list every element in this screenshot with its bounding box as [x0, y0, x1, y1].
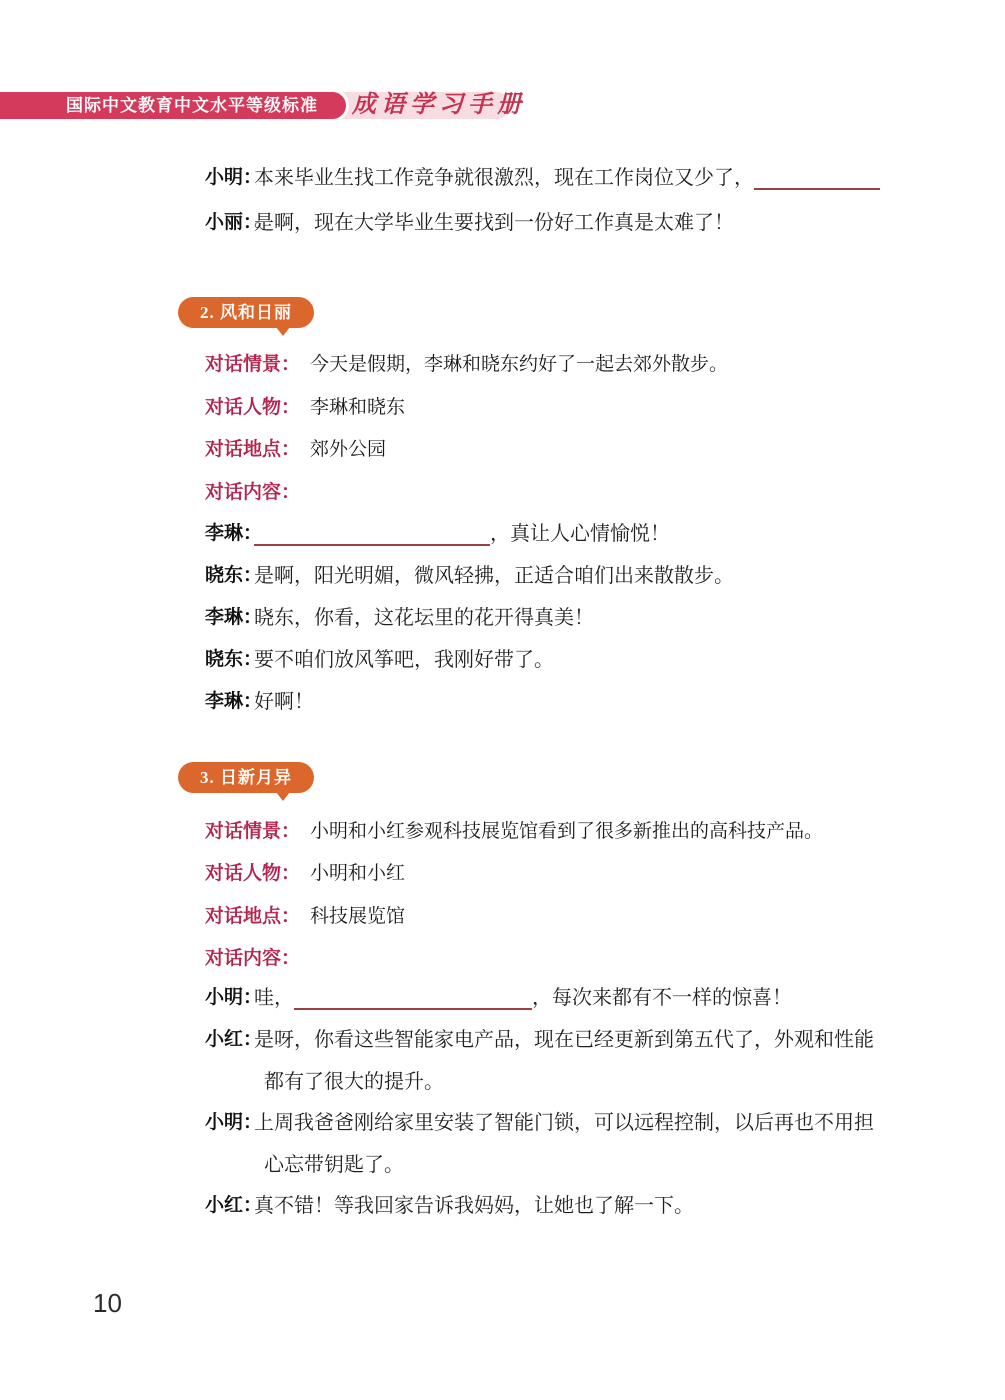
book-title: 成语学习手册	[352, 88, 526, 122]
textbook-page: 国际中文教育中文水平等级标准 成语学习手册 小明： 本来毕业生找工作竞争就很激烈…	[0, 0, 1005, 1400]
meta-value: 小明和小红参观科技展览馆看到了很多新推出的高科技产品。	[310, 811, 895, 853]
dialog-line: 小红： 真不错！等我回家告诉我妈妈，让她也了解一下。	[205, 1185, 895, 1227]
meta-row-content: 对话内容：	[205, 938, 895, 980]
meta-label: 对话情景：	[205, 344, 300, 386]
meta-label: 对话内容：	[205, 938, 300, 980]
meta-row-scene: 对话情景： 今天是假期，李琳和晓东约好了一起去郊外散步。	[205, 344, 895, 386]
dialog-text-line1: 上周我爸爸刚给家里安装了智能门锁，可以远程控制，以后再也不用担	[254, 1102, 895, 1144]
meta-row-place: 对话地点： 科技展览馆	[205, 896, 895, 938]
header-band-label: 国际中文教育中文水平等级标准	[66, 96, 318, 115]
page-number: 10	[93, 1288, 122, 1319]
dialog-line: 李琳： 好啊！	[205, 681, 895, 723]
speaker-name: 小红：	[205, 1185, 254, 1227]
section-badge: 3. 日新月异	[178, 762, 314, 793]
dialog-text-line2: 心忘带钥匙了。	[264, 1144, 895, 1186]
meta-label: 对话地点：	[205, 896, 300, 938]
dialog-text: 好啊！	[254, 681, 895, 723]
speaker-name: 李琳：	[205, 597, 254, 639]
dialog-text: 上周我爸爸刚给家里安装了智能门锁，可以远程控制，以后再也不用担 心忘带钥匙了。	[254, 1102, 895, 1186]
meta-row-people: 对话人物： 李琳和晓东	[205, 387, 895, 429]
meta-label: 对话内容：	[205, 472, 300, 514]
meta-row-content: 对话内容：	[205, 472, 895, 514]
meta-value: 今天是假期，李琳和晓东约好了一起去郊外散步。	[310, 344, 895, 386]
dialog-line: 小明： 哇，，每次来都有不一样的惊喜！	[205, 977, 895, 1019]
section-badge-label: 2. 风和日丽	[200, 303, 292, 322]
meta-label: 对话情景：	[205, 811, 300, 853]
speaker-name: 晓东：	[205, 639, 254, 681]
dialog-line: 晓东： 要不咱们放风筝吧，我刚好带了。	[205, 639, 895, 681]
speaker-name: 小明：	[205, 977, 254, 1019]
badge-tail	[276, 327, 290, 336]
speaker-name: 晓东：	[205, 555, 254, 597]
dialog-text: 真不错！等我回家告诉我妈妈，让她也了解一下。	[254, 1185, 895, 1227]
meta-label: 对话人物：	[205, 853, 300, 895]
dialog-text: 要不咱们放风筝吧，我刚好带了。	[254, 639, 895, 681]
speaker-name: 小红：	[205, 1019, 254, 1103]
fill-in-blank	[254, 520, 490, 546]
header-band: 国际中文教育中文水平等级标准	[0, 92, 346, 119]
dialog-text-line2: 都有了很大的提升。	[264, 1061, 895, 1103]
meta-row-people: 对话人物： 小明和小红	[205, 853, 895, 895]
section-badge-label: 3. 日新月异	[200, 768, 292, 787]
dialog-line: 小明： 上周我爸爸刚给家里安装了智能门锁，可以远程控制，以后再也不用担 心忘带钥…	[205, 1102, 895, 1186]
meta-value: 科技展览馆	[310, 896, 895, 938]
fill-in-blank	[294, 984, 532, 1010]
section-badge: 2. 风和日丽	[178, 297, 314, 328]
dialog-text-pre: 本来毕业生找工作竞争就很激烈，现在工作岗位又少了，	[254, 167, 754, 189]
meta-label: 对话人物：	[205, 387, 300, 429]
dialog-text: 是啊，阳光明媚，微风轻拂，正适合咱们出来散散步。	[254, 555, 895, 597]
badge-tail	[276, 792, 290, 801]
meta-value: 李琳和晓东	[310, 387, 895, 429]
speaker-name: 李琳：	[205, 681, 254, 723]
dialog-text: ，真让人心情愉悦！	[254, 513, 895, 555]
meta-value: 小明和小红	[310, 853, 895, 895]
dialog-text: 是啊，现在大学毕业生要找到一份好工作真是太难了！	[254, 202, 895, 244]
dialog-text-line1: 是呀，你看这些智能家电产品，现在已经更新到第五代了，外观和性能	[254, 1019, 895, 1061]
meta-row-scene: 对话情景： 小明和小红参观科技展览馆看到了很多新推出的高科技产品。	[205, 811, 895, 853]
speaker-name: 李琳：	[205, 513, 254, 555]
meta-label: 对话地点：	[205, 429, 300, 471]
speaker-name: 小明：	[205, 1102, 254, 1186]
dialog-line: 小红： 是呀，你看这些智能家电产品，现在已经更新到第五代了，外观和性能 都有了很…	[205, 1019, 895, 1103]
dialog-line: 李琳： ，真让人心情愉悦！	[205, 513, 895, 555]
fill-in-blank	[754, 164, 880, 190]
meta-value: 郊外公园	[310, 429, 895, 471]
dialog-text: 晓东，你看，这花坛里的花开得真美！	[254, 597, 895, 639]
dialog-text-pre: 哇，	[254, 987, 294, 1009]
dialog-text-post: ，真让人心情愉悦！	[490, 523, 670, 545]
dialog-line: 李琳： 晓东，你看，这花坛里的花开得真美！	[205, 597, 895, 639]
meta-row-place: 对话地点： 郊外公园	[205, 429, 895, 471]
dialog-text-post: ，每次来都有不一样的惊喜！	[532, 987, 792, 1009]
dialog-text: 是呀，你看这些智能家电产品，现在已经更新到第五代了，外观和性能 都有了很大的提升…	[254, 1019, 895, 1103]
dialog-line: 小丽： 是啊，现在大学毕业生要找到一份好工作真是太难了！	[205, 202, 895, 244]
dialog-text: 哇，，每次来都有不一样的惊喜！	[254, 977, 895, 1019]
dialog-line: 晓东： 是啊，阳光明媚，微风轻拂，正适合咱们出来散散步。	[205, 555, 895, 597]
speaker-name: 小丽：	[205, 202, 254, 244]
